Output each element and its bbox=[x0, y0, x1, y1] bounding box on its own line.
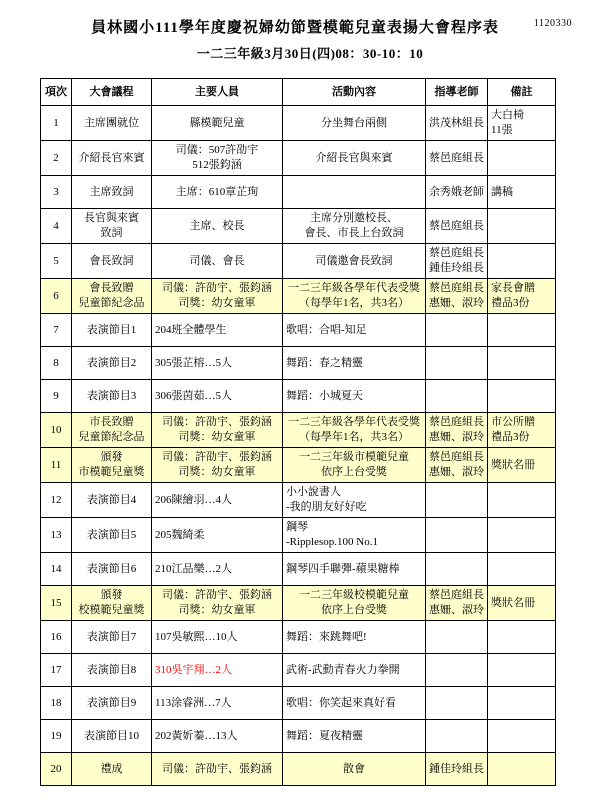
cell-agenda: 禮成 bbox=[72, 753, 152, 786]
table-row: 14表演節目6210江品樂…2人鋼琴四手聯彈-蘋果糖棒 bbox=[41, 553, 556, 586]
cell-note bbox=[488, 483, 556, 518]
cell-content: 一二三年級市模範兒童 依序上台受獎 bbox=[283, 448, 426, 483]
table-header: 項次 大會議程 主要人員 活動內容 指導老師 備註 bbox=[41, 79, 556, 106]
column-header-agenda: 大會議程 bbox=[72, 79, 152, 106]
table-row: 19表演節目10202黃妡蓁…13人舞蹈：夏夜精靈 bbox=[41, 720, 556, 753]
cell-content: 司儀邀會長致詞 bbox=[283, 244, 426, 279]
cell-teacher bbox=[426, 553, 488, 586]
table-row: 11頒發 市模範兒童獎司儀：許劭宇、張鈞涵 司獎：幼女童軍一二三年級市模範兒童 … bbox=[41, 448, 556, 483]
cell-content: 歌唱：合唱-知足 bbox=[283, 314, 426, 347]
cell-personnel: 縣模範兒童 bbox=[152, 106, 283, 141]
cell-personnel: 310吳宇翔…2人 bbox=[152, 654, 283, 687]
cell-no: 14 bbox=[41, 553, 72, 586]
cell-no: 3 bbox=[41, 176, 72, 209]
document-header: 員林國小111學年度慶祝婦幼節暨模範兒童表揚大會程序表 1120330 bbox=[0, 0, 590, 37]
cell-personnel: 司儀：507許劭宇 512張鈞涵 bbox=[152, 141, 283, 176]
cell-content: 鋼琴 -Ripplesop.100 No.1 bbox=[283, 518, 426, 553]
table-row: 1主席團就位縣模範兒童分坐舞台兩側洪茂林組長大白椅 11張 bbox=[41, 106, 556, 141]
cell-note: 家長會贈 禮品3份 bbox=[488, 279, 556, 314]
cell-note: 講稿 bbox=[488, 176, 556, 209]
table-row: 2介紹長官來賓司儀：507許劭宇 512張鈞涵介紹長官與來賓蔡邑庭組長 bbox=[41, 141, 556, 176]
doc-number: 1120330 bbox=[534, 18, 572, 29]
cell-agenda: 表演節目9 bbox=[72, 687, 152, 720]
cell-note: 獎狀名冊 bbox=[488, 448, 556, 483]
cell-personnel: 306張茵茹…5人 bbox=[152, 380, 283, 413]
cell-note bbox=[488, 621, 556, 654]
cell-personnel: 主席：610章芷珣 bbox=[152, 176, 283, 209]
cell-teacher bbox=[426, 483, 488, 518]
cell-no: 7 bbox=[41, 314, 72, 347]
cell-note bbox=[488, 347, 556, 380]
cell-content: 一二三年級各學年代表受獎 （每學年1名，共3名） bbox=[283, 413, 426, 448]
table-row: 6會長致贈 兒童節紀念品司儀：許劭宇、張鈞涵 司獎：幼女童軍一二三年級各學年代表… bbox=[41, 279, 556, 314]
cell-note bbox=[488, 380, 556, 413]
cell-content: 舞蹈：小城夏天 bbox=[283, 380, 426, 413]
cell-note: 市公所贈 禮品3份 bbox=[488, 413, 556, 448]
cell-content: 介紹長官與來賓 bbox=[283, 141, 426, 176]
cell-agenda: 表演節目4 bbox=[72, 483, 152, 518]
cell-agenda: 表演節目8 bbox=[72, 654, 152, 687]
cell-teacher: 洪茂林組長 bbox=[426, 106, 488, 141]
cell-personnel: 113涂睿洲…7人 bbox=[152, 687, 283, 720]
cell-personnel: 204班全體學生 bbox=[152, 314, 283, 347]
cell-personnel: 司儀：許劭宇、張鈞涵 司獎：幼女童軍 bbox=[152, 586, 283, 621]
cell-agenda: 表演節目10 bbox=[72, 720, 152, 753]
cell-teacher bbox=[426, 314, 488, 347]
cell-no: 4 bbox=[41, 209, 72, 244]
cell-content: 歌唱：你笑起來真好看 bbox=[283, 687, 426, 720]
cell-note bbox=[488, 687, 556, 720]
cell-no: 19 bbox=[41, 720, 72, 753]
cell-no: 10 bbox=[41, 413, 72, 448]
table-row: 13表演節目5205魏綺柔鋼琴 -Ripplesop.100 No.1 bbox=[41, 518, 556, 553]
cell-agenda: 介紹長官來賓 bbox=[72, 141, 152, 176]
cell-personnel: 司儀：許劭宇、張鈞涵 bbox=[152, 753, 283, 786]
document-page: { "header": { "title": "員林國小111學年度慶祝婦幼節暨… bbox=[0, 0, 590, 800]
table-row: 4長官與來賓 致詞主席、校長主席分別邀校長、 會長、市長上台致詞蔡邑庭組長 bbox=[41, 209, 556, 244]
table-row: 12表演節目4206陳繪羽…4人小小說書人 -我的朋友好好吃 bbox=[41, 483, 556, 518]
cell-agenda: 主席團就位 bbox=[72, 106, 152, 141]
cell-no: 8 bbox=[41, 347, 72, 380]
cell-content: 一二三年級各學年代表受獎 （每學年1名，共3名） bbox=[283, 279, 426, 314]
cell-no: 5 bbox=[41, 244, 72, 279]
cell-teacher bbox=[426, 347, 488, 380]
column-header-note: 備註 bbox=[488, 79, 556, 106]
cell-teacher: 蔡邑庭組長 惠姍、淑玲 bbox=[426, 413, 488, 448]
cell-no: 6 bbox=[41, 279, 72, 314]
table-row: 5會長致詞司儀、會長司儀邀會長致詞蔡邑庭組長 鍾佳玲組長 bbox=[41, 244, 556, 279]
cell-no: 15 bbox=[41, 586, 72, 621]
cell-teacher: 蔡邑庭組長 惠姍、淑玲 bbox=[426, 586, 488, 621]
table-row: 9表演節目3306張茵茹…5人舞蹈：小城夏天 bbox=[41, 380, 556, 413]
cell-note bbox=[488, 209, 556, 244]
cell-teacher: 蔡邑庭組長 惠姍、淑玲 bbox=[426, 279, 488, 314]
column-header-content: 活動內容 bbox=[283, 79, 426, 106]
cell-agenda: 主席致詞 bbox=[72, 176, 152, 209]
cell-content: 主席分別邀校長、 會長、市長上台致詞 bbox=[283, 209, 426, 244]
cell-content: 武術-武動青春火力拳開 bbox=[283, 654, 426, 687]
cell-note bbox=[488, 244, 556, 279]
page-title: 員林國小111學年度慶祝婦幼節暨模範兒童表揚大會程序表 bbox=[91, 16, 499, 37]
cell-no: 12 bbox=[41, 483, 72, 518]
cell-no: 17 bbox=[41, 654, 72, 687]
table-row: 15頒發 校模範兒童獎司儀：許劭宇、張鈞涵 司獎：幼女童軍一二三年級校模範兒童 … bbox=[41, 586, 556, 621]
column-header-teacher: 指導老師 bbox=[426, 79, 488, 106]
cell-no: 11 bbox=[41, 448, 72, 483]
cell-personnel: 210江品樂…2人 bbox=[152, 553, 283, 586]
column-header-no: 項次 bbox=[41, 79, 72, 106]
cell-note bbox=[488, 753, 556, 786]
table-row: 16表演節目7107吳敏熙…10人舞蹈：來跳舞吧! bbox=[41, 621, 556, 654]
cell-teacher: 余秀娥老師 bbox=[426, 176, 488, 209]
cell-teacher: 蔡邑庭組長 惠姍、淑玲 bbox=[426, 448, 488, 483]
cell-teacher bbox=[426, 687, 488, 720]
cell-content: 舞蹈：夏夜精靈 bbox=[283, 720, 426, 753]
cell-content: 一二三年級校模範兒童 依序上台受獎 bbox=[283, 586, 426, 621]
cell-no: 1 bbox=[41, 106, 72, 141]
cell-teacher: 蔡邑庭組長 bbox=[426, 141, 488, 176]
cell-no: 20 bbox=[41, 753, 72, 786]
cell-personnel: 305張芷榕…5人 bbox=[152, 347, 283, 380]
cell-agenda: 表演節目5 bbox=[72, 518, 152, 553]
table-row: 3主席致詞主席：610章芷珣余秀娥老師講稿 bbox=[41, 176, 556, 209]
cell-agenda: 會長致詞 bbox=[72, 244, 152, 279]
header-row: 項次 大會議程 主要人員 活動內容 指導老師 備註 bbox=[41, 79, 556, 106]
cell-teacher: 蔡邑庭組長 bbox=[426, 209, 488, 244]
cell-note bbox=[488, 654, 556, 687]
cell-teacher bbox=[426, 621, 488, 654]
cell-no: 13 bbox=[41, 518, 72, 553]
cell-teacher bbox=[426, 654, 488, 687]
cell-personnel: 206陳繪羽…4人 bbox=[152, 483, 283, 518]
cell-no: 16 bbox=[41, 621, 72, 654]
cell-content: 散會 bbox=[283, 753, 426, 786]
program-table: 項次 大會議程 主要人員 活動內容 指導老師 備註 1主席團就位縣模範兒童分坐舞… bbox=[40, 78, 556, 786]
cell-agenda: 表演節目1 bbox=[72, 314, 152, 347]
cell-agenda: 會長致贈 兒童節紀念品 bbox=[72, 279, 152, 314]
table-row: 7表演節目1204班全體學生歌唱：合唱-知足 bbox=[41, 314, 556, 347]
table-body: 1主席團就位縣模範兒童分坐舞台兩側洪茂林組長大白椅 11張2介紹長官來賓司儀：5… bbox=[41, 106, 556, 786]
page-subtitle: 一二三年級3月30日(四)08：30-10：10 bbox=[60, 43, 560, 62]
cell-content bbox=[283, 176, 426, 209]
cell-personnel: 司儀、會長 bbox=[152, 244, 283, 279]
cell-content: 分坐舞台兩側 bbox=[283, 106, 426, 141]
cell-agenda: 表演節目2 bbox=[72, 347, 152, 380]
cell-agenda: 長官與來賓 致詞 bbox=[72, 209, 152, 244]
column-header-personnel: 主要人員 bbox=[152, 79, 283, 106]
cell-content: 鋼琴四手聯彈-蘋果糖棒 bbox=[283, 553, 426, 586]
cell-personnel: 107吳敏熙…10人 bbox=[152, 621, 283, 654]
table-row: 17表演節目8310吳宇翔…2人武術-武動青春火力拳開 bbox=[41, 654, 556, 687]
cell-agenda: 表演節目3 bbox=[72, 380, 152, 413]
cell-agenda: 市長致贈 兒童節紀念品 bbox=[72, 413, 152, 448]
cell-no: 2 bbox=[41, 141, 72, 176]
cell-note bbox=[488, 553, 556, 586]
cell-content: 舞蹈：來跳舞吧! bbox=[283, 621, 426, 654]
cell-agenda: 頒發 市模範兒童獎 bbox=[72, 448, 152, 483]
cell-teacher: 蔡邑庭組長 鍾佳玲組長 bbox=[426, 244, 488, 279]
cell-personnel: 司儀：許劭宇、張鈞涵 司獎：幼女童軍 bbox=[152, 448, 283, 483]
table-row: 8表演節目2305張芷榕…5人舞蹈：春之精靈 bbox=[41, 347, 556, 380]
cell-personnel: 202黃妡蓁…13人 bbox=[152, 720, 283, 753]
cell-personnel: 主席、校長 bbox=[152, 209, 283, 244]
cell-agenda: 頒發 校模範兒童獎 bbox=[72, 586, 152, 621]
cell-agenda: 表演節目6 bbox=[72, 553, 152, 586]
cell-teacher: 鍾佳玲組長 bbox=[426, 753, 488, 786]
cell-note bbox=[488, 720, 556, 753]
table-row: 18表演節目9113涂睿洲…7人歌唱：你笑起來真好看 bbox=[41, 687, 556, 720]
table-row: 20禮成司儀：許劭宇、張鈞涵散會鍾佳玲組長 bbox=[41, 753, 556, 786]
cell-note bbox=[488, 141, 556, 176]
cell-teacher bbox=[426, 720, 488, 753]
cell-note: 大白椅 11張 bbox=[488, 106, 556, 141]
cell-teacher bbox=[426, 518, 488, 553]
cell-note bbox=[488, 314, 556, 347]
cell-agenda: 表演節目7 bbox=[72, 621, 152, 654]
cell-no: 18 bbox=[41, 687, 72, 720]
cell-content: 舞蹈：春之精靈 bbox=[283, 347, 426, 380]
cell-note bbox=[488, 518, 556, 553]
cell-note: 獎狀名冊 bbox=[488, 586, 556, 621]
cell-personnel: 司儀：許劭宇、張鈞涵 司獎：幼女童軍 bbox=[152, 413, 283, 448]
cell-no: 9 bbox=[41, 380, 72, 413]
cell-content: 小小說書人 -我的朋友好好吃 bbox=[283, 483, 426, 518]
table-row: 10市長致贈 兒童節紀念品司儀：許劭宇、張鈞涵 司獎：幼女童軍一二三年級各學年代… bbox=[41, 413, 556, 448]
cell-teacher bbox=[426, 380, 488, 413]
cell-personnel: 司儀：許劭宇、張鈞涵 司獎：幼女童軍 bbox=[152, 279, 283, 314]
cell-personnel: 205魏綺柔 bbox=[152, 518, 283, 553]
